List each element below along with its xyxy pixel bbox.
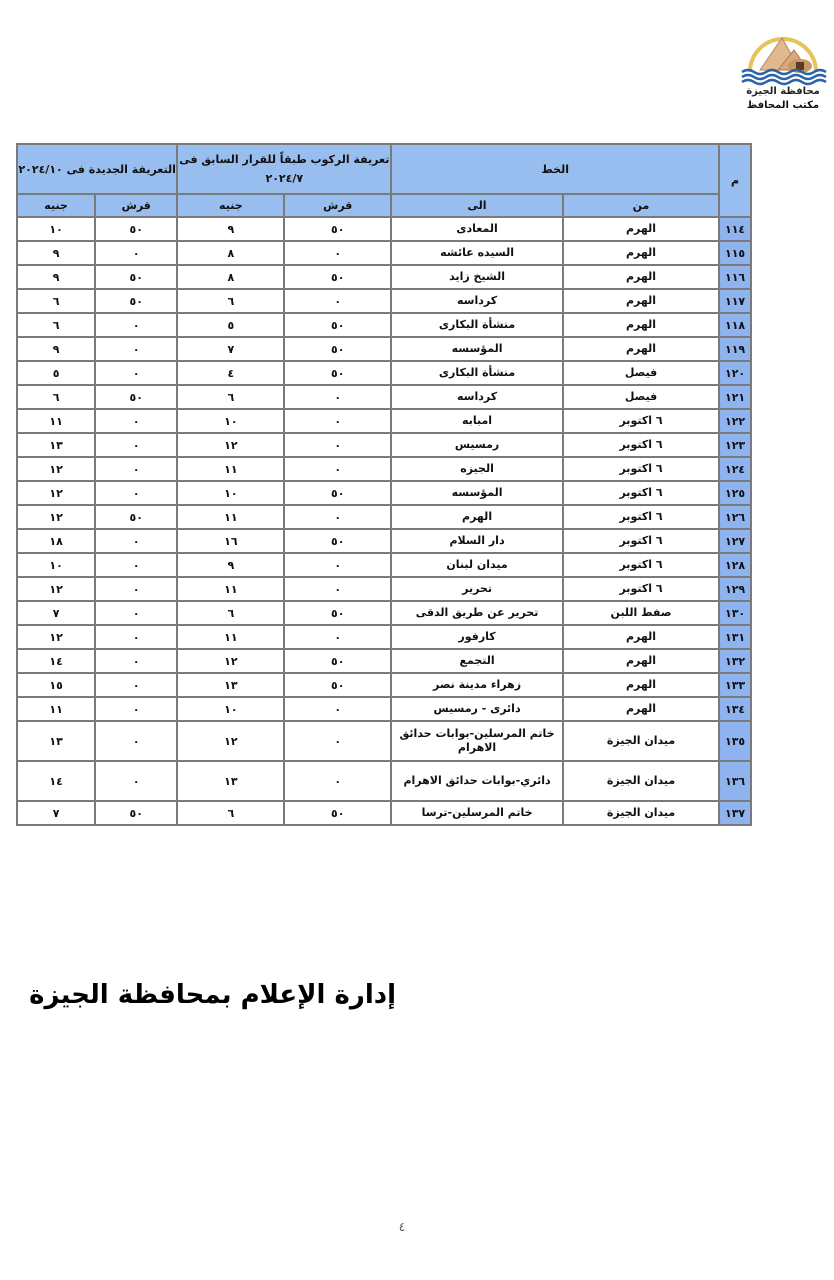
new-pound-cell: ١١: [17, 697, 95, 721]
old-pound-cell: ٨: [177, 265, 284, 289]
new-piaster-cell: ٥٠: [95, 217, 177, 241]
to-cell: دار السلام: [391, 529, 563, 553]
header-old-fare: تعريفة الركوب طبقاً للقرار السابق فى ٢٠٢…: [177, 144, 391, 194]
table-row: ١٢٨٦ اكتوبرميدان لبنان٠٩٠١٠: [17, 553, 751, 577]
table-row: ١٣٤الهرمدائرى - رمسيس٠١٠٠١١: [17, 697, 751, 721]
new-piaster-cell: ٠: [95, 529, 177, 553]
old-piaster-cell: ٠: [284, 625, 391, 649]
old-piaster-cell: ٥٠: [284, 801, 391, 825]
old-pound-cell: ٤: [177, 361, 284, 385]
new-piaster-cell: ٠: [95, 337, 177, 361]
header-new-pound: جنيه: [17, 194, 95, 217]
table-row: ١٢٣٦ اكتوبررمسيس٠١٢٠١٣: [17, 433, 751, 457]
new-pound-cell: ١٠: [17, 553, 95, 577]
row-num: ١٢٨: [719, 553, 751, 577]
new-piaster-cell: ٠: [95, 721, 177, 761]
table-row: ١٣٦ميدان الجيزةدائري-بوابات حدائق الاهرا…: [17, 761, 751, 801]
old-piaster-cell: ٠: [284, 289, 391, 313]
old-pound-cell: ١٠: [177, 481, 284, 505]
to-cell: دائري-بوابات حدائق الاهرام: [391, 761, 563, 801]
old-pound-cell: ١٠: [177, 409, 284, 433]
row-num: ١٢٧: [719, 529, 751, 553]
new-piaster-cell: ٥٠: [95, 265, 177, 289]
to-cell: المعادى: [391, 217, 563, 241]
table-row: ١١٥الهرمالسيده عائشه٠٨٠٩: [17, 241, 751, 265]
new-pound-cell: ١٣: [17, 433, 95, 457]
to-cell: زهراء مدينة نصر: [391, 673, 563, 697]
old-piaster-cell: ٠: [284, 409, 391, 433]
new-pound-cell: ١٠: [17, 217, 95, 241]
table-row: ١٢٢٦ اكتوبرامبابه٠١٠٠١١: [17, 409, 751, 433]
new-piaster-cell: ٥٠: [95, 289, 177, 313]
table-row: ١١٦الهرمالشيخ زايد٥٠٨٥٠٩: [17, 265, 751, 289]
old-piaster-cell: ٠: [284, 761, 391, 801]
from-cell: ميدان الجيزة: [563, 721, 719, 761]
new-piaster-cell: ٠: [95, 649, 177, 673]
old-pound-cell: ١٦: [177, 529, 284, 553]
to-cell: خاتم المرسلين-بوابات حدائق الاهرام: [391, 721, 563, 761]
from-cell: الهرم: [563, 673, 719, 697]
from-cell: فيصل: [563, 385, 719, 409]
old-pound-cell: ٦: [177, 385, 284, 409]
to-cell: كرداسه: [391, 289, 563, 313]
old-piaster-cell: ٥٠: [284, 217, 391, 241]
new-pound-cell: ٧: [17, 601, 95, 625]
new-pound-cell: ١٤: [17, 761, 95, 801]
row-num: ١٢٢: [719, 409, 751, 433]
from-cell: الهرم: [563, 265, 719, 289]
new-piaster-cell: ٠: [95, 553, 177, 577]
new-pound-cell: ١٢: [17, 457, 95, 481]
new-pound-cell: ١٢: [17, 505, 95, 529]
to-cell: ميدان لبنان: [391, 553, 563, 577]
from-cell: ٦ اكتوبر: [563, 457, 719, 481]
from-cell: الهرم: [563, 625, 719, 649]
new-piaster-cell: ٠: [95, 241, 177, 265]
new-pound-cell: ١٨: [17, 529, 95, 553]
old-piaster-cell: ٥٠: [284, 481, 391, 505]
old-pound-cell: ٩: [177, 217, 284, 241]
old-piaster-cell: ٥٠: [284, 313, 391, 337]
old-piaster-cell: ٠: [284, 721, 391, 761]
row-num: ١١٥: [719, 241, 751, 265]
new-piaster-cell: ٠: [95, 601, 177, 625]
row-num: ١٣٤: [719, 697, 751, 721]
new-pound-cell: ١٢: [17, 625, 95, 649]
old-pound-cell: ١٠: [177, 697, 284, 721]
old-pound-cell: ٨: [177, 241, 284, 265]
new-piaster-cell: ٠: [95, 673, 177, 697]
new-pound-cell: ١٤: [17, 649, 95, 673]
row-num: ١٢٦: [719, 505, 751, 529]
old-piaster-cell: ٥٠: [284, 529, 391, 553]
giza-governorate-logo: محافظة الجيزة مكتب المحافظ: [738, 24, 828, 116]
old-pound-cell: ١١: [177, 577, 284, 601]
new-piaster-cell: ٠: [95, 625, 177, 649]
table-row: ١٢٥٦ اكتوبرالمؤسسه٥٠١٠٠١٢: [17, 481, 751, 505]
old-pound-cell: ١٢: [177, 433, 284, 457]
row-num: ١٢١: [719, 385, 751, 409]
to-cell: تحرير عن طريق الدقى: [391, 601, 563, 625]
table-row: ١٣١الهرمكارفور٠١١٠١٢: [17, 625, 751, 649]
new-piaster-cell: ٥٠: [95, 385, 177, 409]
from-cell: ٦ اكتوبر: [563, 505, 719, 529]
new-pound-cell: ٧: [17, 801, 95, 825]
old-piaster-cell: ٠: [284, 457, 391, 481]
row-num: ١٣٦: [719, 761, 751, 801]
from-cell: فيصل: [563, 361, 719, 385]
old-piaster-cell: ٥٠: [284, 673, 391, 697]
to-cell: رمسيس: [391, 433, 563, 457]
old-pound-cell: ١٢: [177, 649, 284, 673]
old-pound-cell: ١٣: [177, 673, 284, 697]
from-cell: الهرم: [563, 217, 719, 241]
new-piaster-cell: ٠: [95, 409, 177, 433]
old-pound-cell: ٧: [177, 337, 284, 361]
from-cell: ٦ اكتوبر: [563, 481, 719, 505]
new-pound-cell: ١٢: [17, 481, 95, 505]
to-cell: منشأة البكارى: [391, 313, 563, 337]
new-pound-cell: ٦: [17, 385, 95, 409]
row-num: ١٣٠: [719, 601, 751, 625]
new-piaster-cell: ٥٠: [95, 801, 177, 825]
table-row: ١٣٢الهرمالتجمع٥٠١٢٠١٤: [17, 649, 751, 673]
header-to: الى: [391, 194, 563, 217]
new-pound-cell: ١٢: [17, 577, 95, 601]
old-pound-cell: ١٢: [177, 721, 284, 761]
row-num: ١١٨: [719, 313, 751, 337]
new-piaster-cell: ٠: [95, 433, 177, 457]
from-cell: الهرم: [563, 649, 719, 673]
new-pound-cell: ٩: [17, 265, 95, 289]
from-cell: الهرم: [563, 289, 719, 313]
table-row: ١٢٩٦ اكتوبرتحرير٠١١٠١٢: [17, 577, 751, 601]
to-cell: التجمع: [391, 649, 563, 673]
new-pound-cell: ٦: [17, 313, 95, 337]
to-cell: المؤسسه: [391, 481, 563, 505]
to-cell: الشيخ زايد: [391, 265, 563, 289]
header-from: من: [563, 194, 719, 217]
old-piaster-cell: ٠: [284, 697, 391, 721]
page-number: ٤: [395, 1220, 409, 1234]
to-cell: امبابه: [391, 409, 563, 433]
table-row: ١٣٥ميدان الجيزةخاتم المرسلين-بوابات حدائ…: [17, 721, 751, 761]
table-row: ١٣٣الهرمزهراء مدينة نصر٥٠١٣٠١٥: [17, 673, 751, 697]
old-pound-cell: ٥: [177, 313, 284, 337]
from-cell: ٦ اكتوبر: [563, 529, 719, 553]
row-num: ١١٤: [719, 217, 751, 241]
table-row: ١٢٠فيصلمنشأة البكارى٥٠٤٠٥: [17, 361, 751, 385]
to-cell: خاتم المرسلين-ترسا: [391, 801, 563, 825]
new-pound-cell: ٦: [17, 289, 95, 313]
old-piaster-cell: ٠: [284, 553, 391, 577]
row-num: ١٢٩: [719, 577, 751, 601]
from-cell: صفط اللبن: [563, 601, 719, 625]
row-num: ١٣٥: [719, 721, 751, 761]
from-cell: ٦ اكتوبر: [563, 577, 719, 601]
table-row: ١١٩الهرمالمؤسسه٥٠٧٠٩: [17, 337, 751, 361]
from-cell: ٦ اكتوبر: [563, 553, 719, 577]
to-cell: كارفور: [391, 625, 563, 649]
to-cell: كرداسه: [391, 385, 563, 409]
header-line: الخط: [391, 144, 719, 194]
old-pound-cell: ٦: [177, 289, 284, 313]
old-pound-cell: ٩: [177, 553, 284, 577]
row-num: ١٢٣: [719, 433, 751, 457]
new-piaster-cell: ٠: [95, 361, 177, 385]
header-new-piaster: قرش: [95, 194, 177, 217]
header-old-piaster: قرش: [284, 194, 391, 217]
to-cell: دائرى - رمسيس: [391, 697, 563, 721]
from-cell: الهرم: [563, 337, 719, 361]
to-cell: تحرير: [391, 577, 563, 601]
new-pound-cell: ١٥: [17, 673, 95, 697]
new-piaster-cell: ٥٠: [95, 505, 177, 529]
from-cell: ميدان الجيزة: [563, 801, 719, 825]
table-row: ١٢١فيصلكرداسه٠٦٥٠٦: [17, 385, 751, 409]
logo-governorate-name: محافظة الجيزة: [738, 86, 828, 97]
old-pound-cell: ٦: [177, 801, 284, 825]
table-row: ١٢٧٦ اكتوبردار السلام٥٠١٦٠١٨: [17, 529, 751, 553]
footer-media-department-title: إدارة الإعلام بمحافظة الجيزة: [16, 980, 396, 1010]
to-cell: المؤسسه: [391, 337, 563, 361]
table-row: ١٣٠صفط اللبنتحرير عن طريق الدقى٥٠٦٠٧: [17, 601, 751, 625]
old-piaster-cell: ٠: [284, 505, 391, 529]
old-piaster-cell: ٥٠: [284, 361, 391, 385]
new-piaster-cell: ٠: [95, 481, 177, 505]
old-piaster-cell: ٥٠: [284, 649, 391, 673]
table-row: ١١٨الهرممنشأة البكارى٥٠٥٠٦: [17, 313, 751, 337]
fare-table-body: ١١٤الهرمالمعادى٥٠٩٥٠١٠ ١١٥الهرمالسيده عا…: [17, 217, 751, 825]
from-cell: الهرم: [563, 313, 719, 337]
old-piaster-cell: ٥٠: [284, 265, 391, 289]
new-piaster-cell: ٠: [95, 577, 177, 601]
to-cell: السيده عائشه: [391, 241, 563, 265]
row-num: ١٣٣: [719, 673, 751, 697]
new-pound-cell: ٩: [17, 337, 95, 361]
table-row: ١٢٤٦ اكتوبرالجيزه٠١١٠١٢: [17, 457, 751, 481]
table-row: ١١٤الهرمالمعادى٥٠٩٥٠١٠: [17, 217, 751, 241]
row-num: ١٢٥: [719, 481, 751, 505]
new-pound-cell: ١١: [17, 409, 95, 433]
row-num: ١٣١: [719, 625, 751, 649]
old-pound-cell: ١١: [177, 505, 284, 529]
from-cell: الهرم: [563, 697, 719, 721]
old-piaster-cell: ٠: [284, 433, 391, 457]
old-piaster-cell: ٥٠: [284, 337, 391, 361]
old-pound-cell: ٦: [177, 601, 284, 625]
to-cell: الجيزه: [391, 457, 563, 481]
to-cell: الهرم: [391, 505, 563, 529]
old-pound-cell: ١١: [177, 625, 284, 649]
row-num: ١١٩: [719, 337, 751, 361]
new-piaster-cell: ٠: [95, 313, 177, 337]
new-pound-cell: ١٣: [17, 721, 95, 761]
old-piaster-cell: ٠: [284, 385, 391, 409]
row-num: ١٢٤: [719, 457, 751, 481]
old-piaster-cell: ٥٠: [284, 601, 391, 625]
new-piaster-cell: ٠: [95, 761, 177, 801]
old-pound-cell: ١٣: [177, 761, 284, 801]
logo-office-name: مكتب المحافظ: [738, 100, 828, 111]
fare-table: م الخط تعريفة الركوب طبقاً للقرار السابق…: [16, 143, 752, 826]
row-num: ١٢٠: [719, 361, 751, 385]
new-pound-cell: ٩: [17, 241, 95, 265]
from-cell: ٦ اكتوبر: [563, 409, 719, 433]
old-pound-cell: ١١: [177, 457, 284, 481]
old-piaster-cell: ٠: [284, 577, 391, 601]
row-num: ١١٦: [719, 265, 751, 289]
row-num: ١٣٢: [719, 649, 751, 673]
new-piaster-cell: ٠: [95, 697, 177, 721]
to-cell: منشأة البكارى: [391, 361, 563, 385]
table-row: ١١٧الهرمكرداسه٠٦٥٠٦: [17, 289, 751, 313]
table-row: ١٣٧ميدان الجيزةخاتم المرسلين-ترسا٥٠٦٥٠٧: [17, 801, 751, 825]
new-pound-cell: ٥: [17, 361, 95, 385]
old-piaster-cell: ٠: [284, 241, 391, 265]
from-cell: ٦ اكتوبر: [563, 433, 719, 457]
giza-emblem-icon: [738, 24, 828, 86]
row-num: ١٣٧: [719, 801, 751, 825]
header-new-fare: التعريفة الجديدة فى ٢٠٢٤/١٠: [17, 144, 177, 194]
header-num: م: [719, 144, 751, 217]
header-old-pound: جنيه: [177, 194, 284, 217]
row-num: ١١٧: [719, 289, 751, 313]
table-row: ١٢٦٦ اكتوبرالهرم٠١١٥٠١٢: [17, 505, 751, 529]
new-piaster-cell: ٠: [95, 457, 177, 481]
from-cell: ميدان الجيزة: [563, 761, 719, 801]
from-cell: الهرم: [563, 241, 719, 265]
